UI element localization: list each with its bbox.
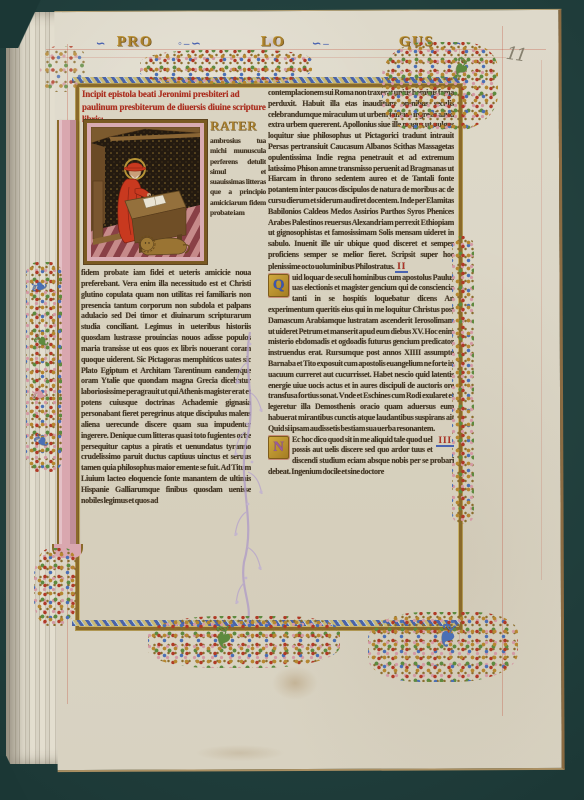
chapter-numeral-ii: II [395,261,408,273]
manuscript-photo: 11 ∽ PRO ◦–∽ LO ∽– GUS ∽ Incipit epistol… [0,0,584,800]
saint-jerome-miniature [84,120,207,264]
backdrop-corner-top-left [0,0,78,48]
running-header-pro: PRO [114,34,156,51]
miniature-scene [91,127,200,257]
left-column-opening-text: ambrosius tua michi munuscula perferens … [210,136,266,264]
book-gutter-page-edges [6,12,62,764]
paragraph-text: uid loquar de seculi hominibus cum apost… [268,273,454,433]
running-header-lo: LO [258,34,289,51]
left-column-body-text: fidem probate iam fidei et ueteris amici… [81,268,251,620]
folio-number: 11 [504,43,526,67]
intercolumn-vine-penwork [232,332,268,622]
chapter-numeral-iii: III [436,435,454,448]
opening-display-letters: RATER [210,118,266,134]
illuminated-initial-n: N [268,436,289,459]
pen-flourish: ◦–∽ [178,37,203,50]
right-column-paragraph-1: contemplacionem sui Roma non traxerat un… [268,88,454,273]
paragraph-text: contemplacionem sui Roma non traxerat un… [268,88,454,271]
right-column-paragraph-3: III NEc hoc dico quod sit in me aliquid … [268,435,454,478]
pen-flourish: ∽ [452,37,463,50]
backdrop-corner-bottom-left [0,756,64,800]
running-header-gus: GUS [396,34,437,51]
initial-f-stem [57,120,78,550]
right-column: contemplacionem sui Roma non traxerat un… [268,88,454,622]
frame-mosaic-band-top [72,77,460,83]
pen-flourish: ∽– [312,37,331,50]
illuminated-initial-q: Q [268,274,289,297]
initial-f-stem-foot [52,544,83,558]
pen-flourish: ∽ [96,37,107,50]
right-column-paragraph-2: Quid loquar de seculi hominibus cum apos… [268,273,454,435]
paragraph-text: Ec hoc dico quod sit in me aliquid tale … [268,435,454,476]
bench [93,181,103,239]
